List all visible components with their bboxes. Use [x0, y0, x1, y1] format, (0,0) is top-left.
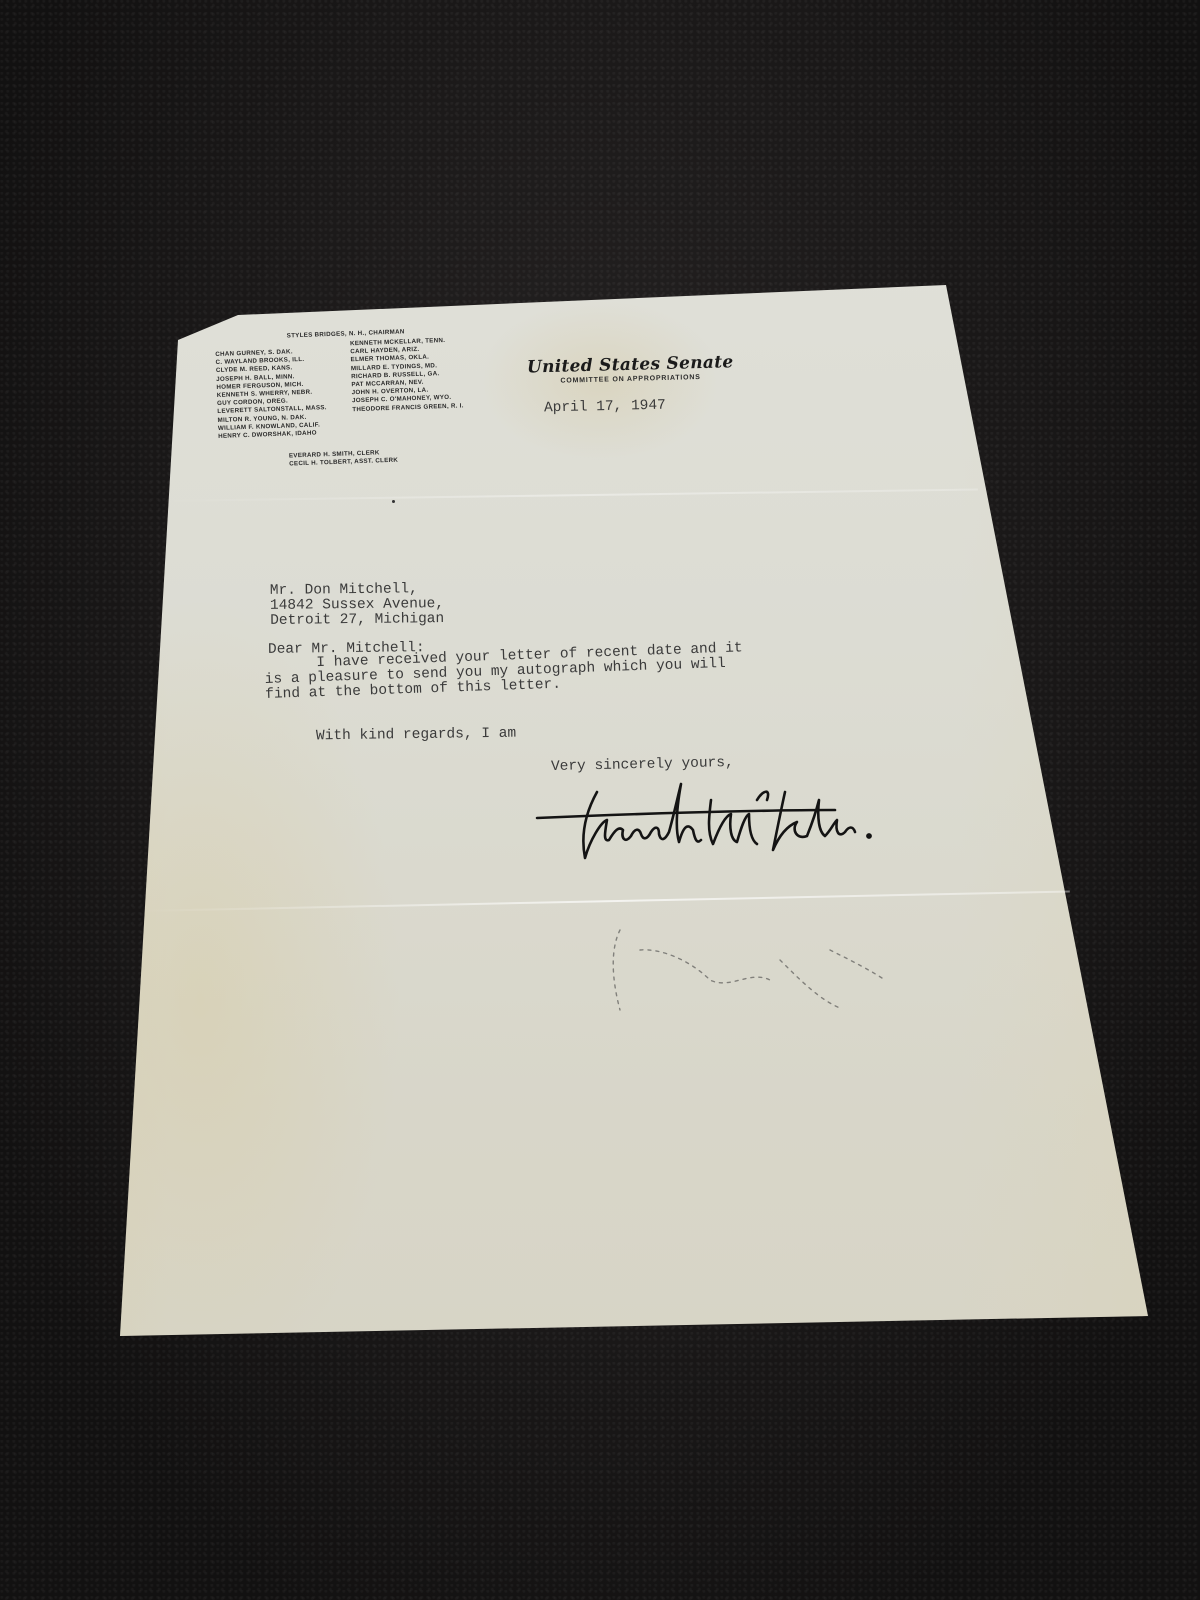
recipient-address: Mr. Don Mitchell,14842 Sussex Avenue,Det…: [270, 582, 444, 629]
closing-line: With kind regards, I am: [316, 727, 516, 745]
handwritten-signature: Kenneth McKellar.: [535, 770, 885, 880]
letter-date: April 17, 1947: [544, 399, 666, 417]
signature-bleed-through: [580, 920, 900, 1020]
members-right-column: KENNETH MCKELLAR, TENN.CARL HAYDEN, ARIZ…: [350, 336, 464, 414]
ink-speck: [392, 500, 395, 503]
address-line: Detroit 27, Michigan: [270, 612, 444, 629]
members-left-column: CHAN GURNEY, S. DAK.C. WAYLAND BROOKS, I…: [215, 347, 328, 441]
